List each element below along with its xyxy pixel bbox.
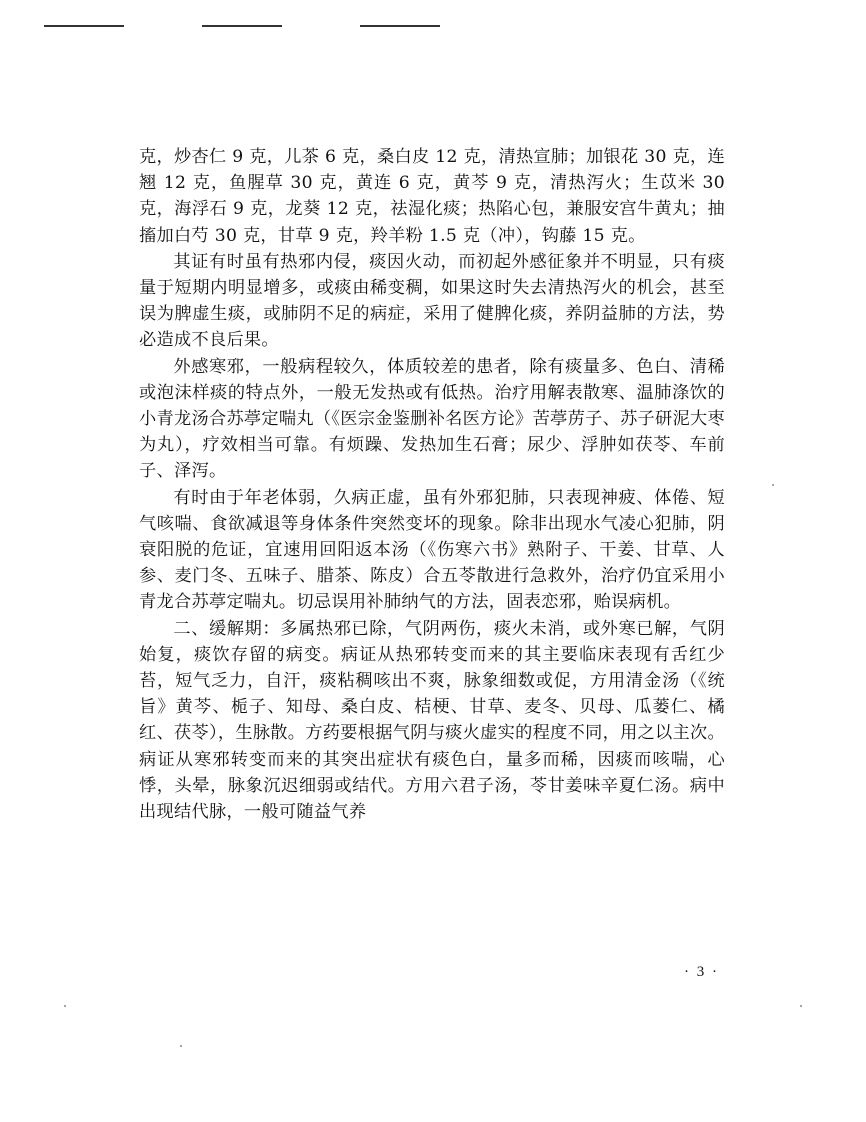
paragraph-3: 外感寒邪，一般病程较久，体质较差的患者，除有痰量多、色白、清稀或泡沫样痰的特点外… <box>139 354 725 485</box>
scan-speck <box>64 1005 66 1007</box>
scan-speck <box>772 484 774 486</box>
header-rule-2 <box>202 25 282 27</box>
document-body: 克，炒杏仁 9 克，儿茶 6 克，桑白皮 12 克，清热宣肺；加银花 30 克，… <box>139 144 725 825</box>
page-number: · 3 · <box>684 964 719 981</box>
paragraph-4: 有时由于年老体弱，久病正虚，虽有外邪犯肺，只表现神疲、体倦、短气咳喘、食欲减退等… <box>139 485 725 616</box>
header-rule-3 <box>360 25 440 27</box>
scan-speck <box>800 1005 802 1007</box>
paragraph-1: 克，炒杏仁 9 克，儿茶 6 克，桑白皮 12 克，清热宣肺；加银花 30 克，… <box>139 144 725 249</box>
scan-speck <box>180 1045 182 1047</box>
header-rule-1 <box>44 25 124 27</box>
paragraph-2: 其证有时虽有热邪内侵，痰因火动，而初起外感征象并不明显，只有痰量于短期内明显增多… <box>139 249 725 354</box>
paragraph-5: 二、缓解期：多属热邪已除，气阴两伤，痰火未消，或外寒已解，气阴始复，痰饮存留的病… <box>139 616 725 826</box>
